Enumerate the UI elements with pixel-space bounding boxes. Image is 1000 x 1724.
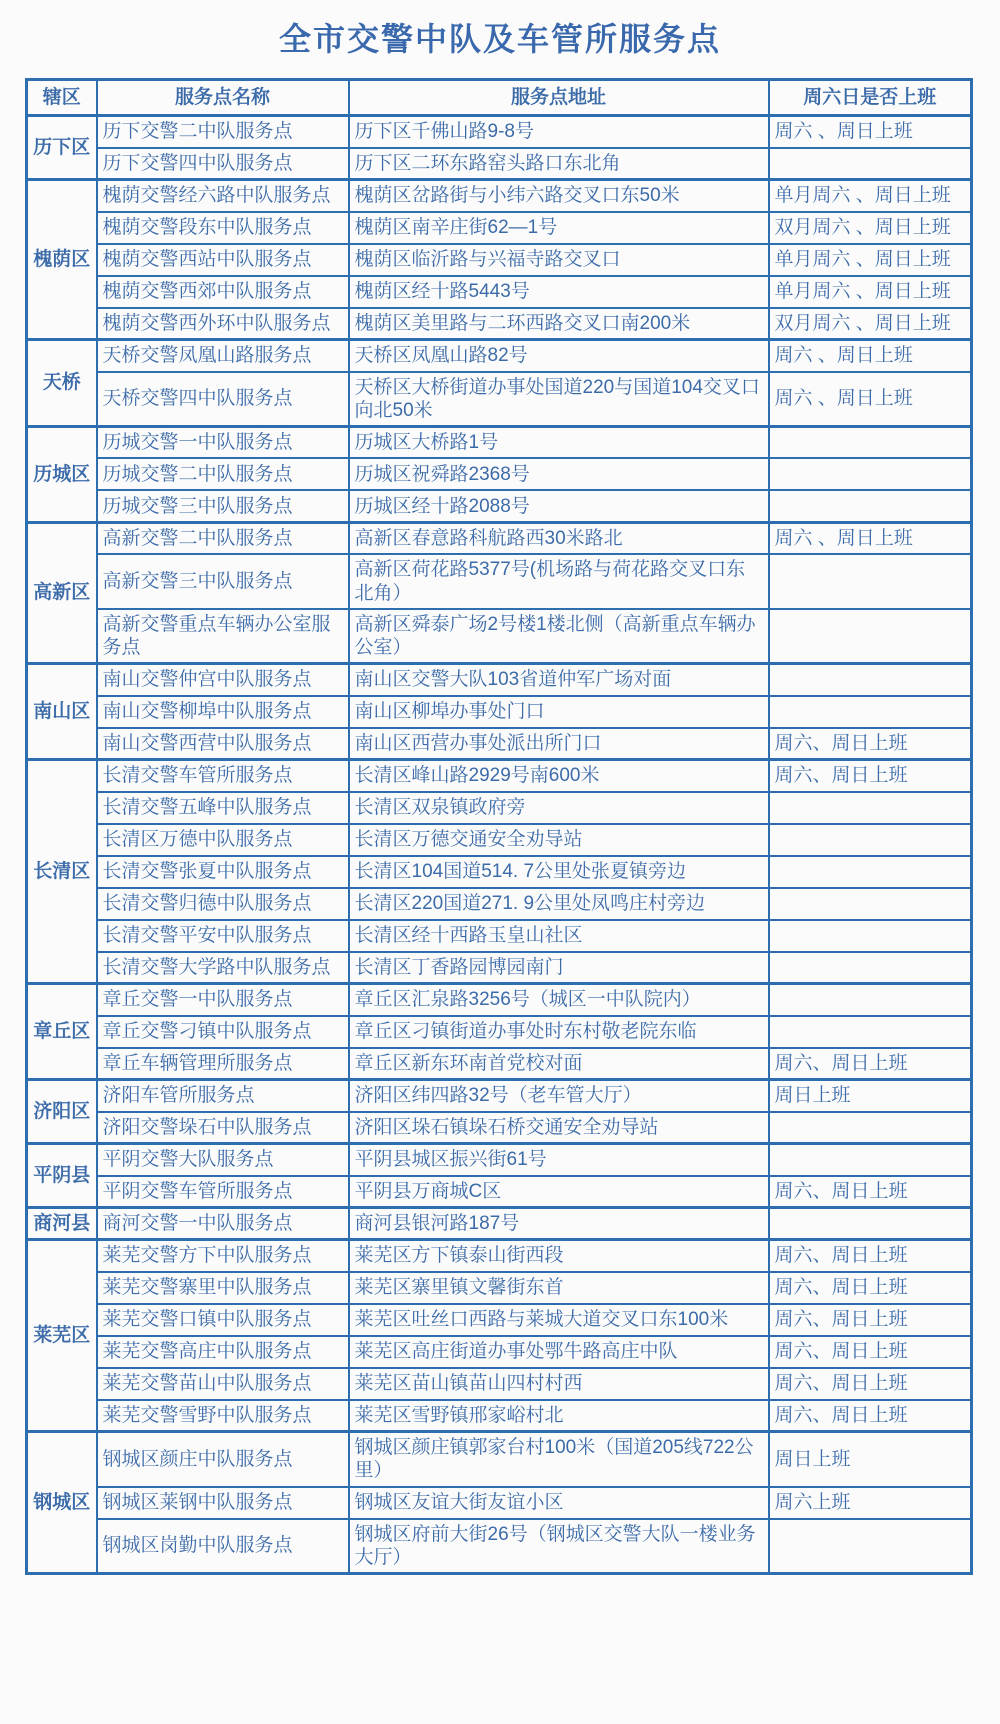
weekend-schedule-cell: 周六 、周日上班 (769, 522, 972, 554)
service-name-cell: 莱芜交警高庄中队服务点 (97, 1336, 349, 1368)
service-name-cell: 钢城区颜庄中队服务点 (97, 1432, 349, 1487)
weekend-schedule-cell (769, 554, 972, 608)
service-row: 章丘交警刁镇中队服务点章丘区刁镇街道办事处时东村敬老院东临 (27, 1016, 972, 1048)
service-name-cell: 历城交警三中队服务点 (97, 490, 349, 522)
service-address-cell: 钢城区友谊大街友谊小区 (349, 1487, 769, 1519)
service-name-cell: 钢城区岗勤中队服务点 (97, 1519, 349, 1574)
service-row: 南山交警西营中队服务点南山区西营办事处派出所门口周六、周日上班 (27, 728, 972, 760)
weekend-schedule-cell (769, 1016, 972, 1048)
service-name-cell: 长清交警五峰中队服务点 (97, 792, 349, 824)
service-name-cell: 莱芜交警寨里中队服务点 (97, 1272, 349, 1304)
weekend-schedule-cell (769, 458, 972, 490)
district-cell: 济阳区 (27, 1080, 97, 1144)
service-address-cell: 平阴县万商城C区 (349, 1176, 769, 1208)
service-address-cell: 钢城区颜庄镇郭家台村100米（国道205线722公里） (349, 1432, 769, 1487)
service-row: 钢城区岗勤中队服务点钢城区府前大街26号（钢城区交警大队一楼业务大厅） (27, 1519, 972, 1574)
service-row: 槐荫区槐荫交警经六路中队服务点槐荫区岔路街与小纬六路交叉口东50米单月周六 、周… (27, 180, 972, 212)
service-address-cell: 长清区双泉镇政府旁 (349, 792, 769, 824)
service-name-cell: 历城交警一中队服务点 (97, 426, 349, 458)
district-cell: 历城区 (27, 426, 97, 522)
district-cell: 历下区 (27, 116, 97, 180)
service-address-cell: 莱芜区吐丝口西路与莱城大道交叉口东100米 (349, 1304, 769, 1336)
weekend-schedule-cell (769, 1112, 972, 1144)
service-row: 莱芜区莱芜交警方下中队服务点莱芜区方下镇泰山街西段周六、周日上班 (27, 1240, 972, 1272)
service-name-cell: 长清交警张夏中队服务点 (97, 856, 349, 888)
header-row: 辖区 服务点名称 服务点地址 周六日是否上班 (27, 80, 972, 116)
weekend-schedule-cell (769, 490, 972, 522)
header-district: 辖区 (27, 80, 97, 116)
weekend-schedule-cell (769, 1519, 972, 1574)
service-address-cell: 莱芜区雪野镇邢家峪村北 (349, 1400, 769, 1432)
service-row: 平阴交警车管所服务点平阴县万商城C区周六、周日上班 (27, 1176, 972, 1208)
weekend-schedule-cell (769, 952, 972, 984)
district-cell: 钢城区 (27, 1432, 97, 1574)
service-name-cell: 槐荫交警西站中队服务点 (97, 244, 349, 276)
service-address-cell: 莱芜区苗山镇苗山四村村西 (349, 1368, 769, 1400)
weekend-schedule-cell (769, 696, 972, 728)
service-row: 天桥交警四中队服务点天桥区大桥街道办事处国道220与国道104交叉口向北50米周… (27, 372, 972, 427)
district-group: 商河县商河交警一中队服务点商河县银河路187号 (27, 1208, 972, 1240)
service-row: 历城交警二中队服务点历城区祝舜路2368号 (27, 458, 972, 490)
service-name-cell: 槐荫交警经六路中队服务点 (97, 180, 349, 212)
weekend-schedule-cell: 双月周六 、周日上班 (769, 308, 972, 340)
service-address-cell: 历下区千佛山路9-8号 (349, 116, 769, 148)
weekend-schedule-cell: 单月周六 、周日上班 (769, 180, 972, 212)
service-row: 历下区历下交警二中队服务点历下区千佛山路9-8号周六 、周日上班 (27, 116, 972, 148)
district-cell: 莱芜区 (27, 1240, 97, 1432)
weekend-schedule-cell: 周六、周日上班 (769, 1400, 972, 1432)
service-row: 槐荫交警段东中队服务点槐荫区南辛庄街62—1号双月周六 、周日上班 (27, 212, 972, 244)
table-header: 辖区 服务点名称 服务点地址 周六日是否上班 (27, 80, 972, 116)
service-name-cell: 长清交警车管所服务点 (97, 760, 349, 792)
weekend-schedule-cell: 周六、周日上班 (769, 1272, 972, 1304)
service-row: 章丘车辆管理所服务点章丘区新东环南首党校对面周六、周日上班 (27, 1048, 972, 1080)
weekend-schedule-cell: 周六、周日上班 (769, 1368, 972, 1400)
weekend-schedule-cell: 周六、周日上班 (769, 1336, 972, 1368)
service-address-cell: 槐荫区南辛庄街62—1号 (349, 212, 769, 244)
header-service-point-address: 服务点地址 (349, 80, 769, 116)
service-row: 长清区长清交警车管所服务点长清区峰山路2929号南600米周六、周日上班 (27, 760, 972, 792)
service-address-cell: 商河县银河路187号 (349, 1208, 769, 1240)
weekend-schedule-cell (769, 856, 972, 888)
service-address-cell: 莱芜区高庄街道办事处鄂牛路高庄中队 (349, 1336, 769, 1368)
service-row: 章丘区章丘交警一中队服务点章丘区汇泉路3256号（城区一中队院内） (27, 984, 972, 1016)
service-address-cell: 高新区春意路科航路西30米路北 (349, 522, 769, 554)
district-group: 历下区历下交警二中队服务点历下区千佛山路9-8号周六 、周日上班历下交警四中队服… (27, 116, 972, 180)
district-cell: 平阴县 (27, 1144, 97, 1208)
service-row: 莱芜交警寨里中队服务点莱芜区寨里镇文馨街东首周六、周日上班 (27, 1272, 972, 1304)
service-row: 槐荫交警西站中队服务点槐荫区临沂路与兴福寺路交叉口单月周六 、周日上班 (27, 244, 972, 276)
service-name-cell: 高新交警三中队服务点 (97, 554, 349, 608)
service-address-cell: 莱芜区方下镇泰山街西段 (349, 1240, 769, 1272)
service-name-cell: 槐荫交警段东中队服务点 (97, 212, 349, 244)
service-address-cell: 高新区舜泰广场2号楼1楼北侧（高新重点车辆办公室） (349, 609, 769, 664)
weekend-schedule-cell: 周六上班 (769, 1487, 972, 1519)
service-name-cell: 长清交警归德中队服务点 (97, 888, 349, 920)
service-row: 高新交警重点车辆办公室服务点高新区舜泰广场2号楼1楼北侧（高新重点车辆办公室） (27, 609, 972, 664)
service-name-cell: 槐荫交警西郊中队服务点 (97, 276, 349, 308)
service-name-cell: 历城交警二中队服务点 (97, 458, 349, 490)
service-row: 历下交警四中队服务点历下区二环东路窑头路口东北角 (27, 148, 972, 180)
service-address-cell: 长清区经十西路玉皇山社区 (349, 920, 769, 952)
service-address-cell: 历城区大桥路1号 (349, 426, 769, 458)
service-address-cell: 槐荫区岔路街与小纬六路交叉口东50米 (349, 180, 769, 212)
weekend-schedule-cell (769, 609, 972, 664)
weekend-schedule-cell: 周六、周日上班 (769, 1176, 972, 1208)
service-name-cell: 莱芜交警雪野中队服务点 (97, 1400, 349, 1432)
service-row: 莱芜交警高庄中队服务点莱芜区高庄街道办事处鄂牛路高庄中队周六、周日上班 (27, 1336, 972, 1368)
service-row: 长清交警平安中队服务点长清区经十西路玉皇山社区 (27, 920, 972, 952)
service-address-cell: 长清区104国道514. 7公里处张夏镇旁边 (349, 856, 769, 888)
service-row: 天桥天桥交警凤凰山路服务点天桥区凤凰山路82号周六 、周日上班 (27, 340, 972, 372)
district-group: 章丘区章丘交警一中队服务点章丘区汇泉路3256号（城区一中队院内）章丘交警刁镇中… (27, 984, 972, 1080)
weekend-schedule-cell (769, 148, 972, 180)
service-name-cell: 济阳车管所服务点 (97, 1080, 349, 1112)
service-address-cell: 历下区二环东路窑头路口东北角 (349, 148, 769, 180)
service-address-cell: 济阳区垛石镇垛石桥交通安全劝导站 (349, 1112, 769, 1144)
service-points-table: 辖区 服务点名称 服务点地址 周六日是否上班 历下区历下交警二中队服务点历下区千… (25, 78, 973, 1575)
service-address-cell: 南山区柳埠办事处门口 (349, 696, 769, 728)
service-name-cell: 章丘交警刁镇中队服务点 (97, 1016, 349, 1048)
service-name-cell: 历下交警二中队服务点 (97, 116, 349, 148)
service-name-cell: 钢城区莱钢中队服务点 (97, 1487, 349, 1519)
weekend-schedule-cell: 周日上班 (769, 1432, 972, 1487)
district-group: 高新区高新交警二中队服务点高新区春意路科航路西30米路北周六 、周日上班高新交警… (27, 522, 972, 663)
service-address-cell: 莱芜区寨里镇文馨街东首 (349, 1272, 769, 1304)
district-cell: 槐荫区 (27, 180, 97, 340)
service-name-cell: 商河交警一中队服务点 (97, 1208, 349, 1240)
service-address-cell: 章丘区刁镇街道办事处时东村敬老院东临 (349, 1016, 769, 1048)
service-row: 长清交警大学路中队服务点长清区丁香路园博园南门 (27, 952, 972, 984)
service-name-cell: 莱芜交警口镇中队服务点 (97, 1304, 349, 1336)
weekend-schedule-cell (769, 664, 972, 696)
service-name-cell: 长清区万德中队服务点 (97, 824, 349, 856)
service-row: 济阳区济阳车管所服务点济阳区纬四路32号（老车管大厅）周日上班 (27, 1080, 972, 1112)
service-address-cell: 长清区丁香路园博园南门 (349, 952, 769, 984)
service-row: 高新交警三中队服务点高新区荷花路5377号(机场路与荷花路交叉口东北角） (27, 554, 972, 608)
service-row: 莱芜交警苗山中队服务点莱芜区苗山镇苗山四村村西周六、周日上班 (27, 1368, 972, 1400)
district-group: 莱芜区莱芜交警方下中队服务点莱芜区方下镇泰山街西段周六、周日上班莱芜交警寨里中队… (27, 1240, 972, 1432)
service-row: 莱芜交警雪野中队服务点莱芜区雪野镇邢家峪村北周六、周日上班 (27, 1400, 972, 1432)
weekend-schedule-cell: 双月周六 、周日上班 (769, 212, 972, 244)
header-service-point-name: 服务点名称 (97, 80, 349, 116)
weekend-schedule-cell (769, 1144, 972, 1176)
service-name-cell: 平阴交警车管所服务点 (97, 1176, 349, 1208)
header-weekend-schedule: 周六日是否上班 (769, 80, 972, 116)
service-row: 长清交警张夏中队服务点长清区104国道514. 7公里处张夏镇旁边 (27, 856, 972, 888)
district-cell: 天桥 (27, 340, 97, 427)
service-name-cell: 莱芜交警方下中队服务点 (97, 1240, 349, 1272)
service-row: 济阳交警垛石中队服务点济阳区垛石镇垛石桥交通安全劝导站 (27, 1112, 972, 1144)
service-address-cell: 济阳区纬四路32号（老车管大厅） (349, 1080, 769, 1112)
weekend-schedule-cell: 周六 、周日上班 (769, 372, 972, 427)
district-cell: 章丘区 (27, 984, 97, 1080)
weekend-schedule-cell: 周六、周日上班 (769, 728, 972, 760)
service-row: 商河县商河交警一中队服务点商河县银河路187号 (27, 1208, 972, 1240)
service-row: 莱芜交警口镇中队服务点莱芜区吐丝口西路与莱城大道交叉口东100米周六、周日上班 (27, 1304, 972, 1336)
weekend-schedule-cell: 周六、周日上班 (769, 1048, 972, 1080)
weekend-schedule-cell (769, 792, 972, 824)
service-address-cell: 槐荫区经十路5443号 (349, 276, 769, 308)
service-row: 长清交警归德中队服务点长清区220国道271. 9公里处凤鸣庄村旁边 (27, 888, 972, 920)
service-row: 平阴县平阴交警大队服务点平阴县城区振兴街61号 (27, 1144, 972, 1176)
weekend-schedule-cell: 周六 、周日上班 (769, 116, 972, 148)
service-row: 钢城区莱钢中队服务点钢城区友谊大街友谊小区周六上班 (27, 1487, 972, 1519)
weekend-schedule-cell (769, 888, 972, 920)
service-address-cell: 历城区经十路2088号 (349, 490, 769, 522)
weekend-schedule-cell (769, 984, 972, 1016)
service-address-cell: 天桥区大桥街道办事处国道220与国道104交叉口向北50米 (349, 372, 769, 427)
weekend-schedule-cell (769, 426, 972, 458)
service-address-cell: 长清区220国道271. 9公里处凤鸣庄村旁边 (349, 888, 769, 920)
service-name-cell: 南山交警仲宫中队服务点 (97, 664, 349, 696)
district-group: 南山区南山交警仲宫中队服务点南山区交警大队103省道仲军广场对面南山交警柳埠中队… (27, 664, 972, 760)
weekend-schedule-cell: 周六、周日上班 (769, 1304, 972, 1336)
weekend-schedule-cell: 周六、周日上班 (769, 760, 972, 792)
service-name-cell: 长清交警大学路中队服务点 (97, 952, 349, 984)
service-row: 长清区万德中队服务点长清区万德交通安全劝导站 (27, 824, 972, 856)
service-name-cell: 历下交警四中队服务点 (97, 148, 349, 180)
district-cell: 高新区 (27, 522, 97, 663)
service-row: 钢城区钢城区颜庄中队服务点钢城区颜庄镇郭家台村100米（国道205线722公里）… (27, 1432, 972, 1487)
service-row: 南山交警柳埠中队服务点南山区柳埠办事处门口 (27, 696, 972, 728)
service-name-cell: 章丘车辆管理所服务点 (97, 1048, 349, 1080)
service-address-cell: 天桥区凤凰山路82号 (349, 340, 769, 372)
weekend-schedule-cell (769, 824, 972, 856)
page-title: 全市交警中队及车管所服务点 (0, 14, 1000, 60)
service-name-cell: 槐荫交警西外环中队服务点 (97, 308, 349, 340)
service-name-cell: 南山交警柳埠中队服务点 (97, 696, 349, 728)
service-name-cell: 高新交警二中队服务点 (97, 522, 349, 554)
weekend-schedule-cell: 周日上班 (769, 1080, 972, 1112)
service-address-cell: 平阴县城区振兴街61号 (349, 1144, 769, 1176)
service-row: 高新区高新交警二中队服务点高新区春意路科航路西30米路北周六 、周日上班 (27, 522, 972, 554)
service-row: 长清交警五峰中队服务点长清区双泉镇政府旁 (27, 792, 972, 824)
weekend-schedule-cell: 单月周六 、周日上班 (769, 244, 972, 276)
service-address-cell: 长清区万德交通安全劝导站 (349, 824, 769, 856)
district-group: 历城区历城交警一中队服务点历城区大桥路1号历城交警二中队服务点历城区祝舜路236… (27, 426, 972, 522)
service-name-cell: 长清交警平安中队服务点 (97, 920, 349, 952)
service-address-cell: 槐荫区美里路与二环西路交叉口南200米 (349, 308, 769, 340)
district-group: 济阳区济阳车管所服务点济阳区纬四路32号（老车管大厅）周日上班济阳交警垛石中队服… (27, 1080, 972, 1144)
service-address-cell: 章丘区汇泉路3256号（城区一中队院内） (349, 984, 769, 1016)
district-group: 平阴县平阴交警大队服务点平阴县城区振兴街61号平阴交警车管所服务点平阴县万商城C… (27, 1144, 972, 1208)
service-name-cell: 南山交警西营中队服务点 (97, 728, 349, 760)
service-address-cell: 槐荫区临沂路与兴福寺路交叉口 (349, 244, 769, 276)
district-group: 天桥天桥交警凤凰山路服务点天桥区凤凰山路82号周六 、周日上班天桥交警四中队服务… (27, 340, 972, 427)
service-name-cell: 章丘交警一中队服务点 (97, 984, 349, 1016)
district-group: 钢城区钢城区颜庄中队服务点钢城区颜庄镇郭家台村100米（国道205线722公里）… (27, 1432, 972, 1574)
service-address-cell: 钢城区府前大街26号（钢城区交警大队一楼业务大厅） (349, 1519, 769, 1574)
service-address-cell: 南山区西营办事处派出所门口 (349, 728, 769, 760)
weekend-schedule-cell (769, 920, 972, 952)
service-address-cell: 南山区交警大队103省道仲军广场对面 (349, 664, 769, 696)
weekend-schedule-cell: 单月周六 、周日上班 (769, 276, 972, 308)
weekend-schedule-cell: 周六 、周日上班 (769, 340, 972, 372)
service-address-cell: 历城区祝舜路2368号 (349, 458, 769, 490)
service-name-cell: 高新交警重点车辆办公室服务点 (97, 609, 349, 664)
service-address-cell: 章丘区新东环南首党校对面 (349, 1048, 769, 1080)
service-name-cell: 平阴交警大队服务点 (97, 1144, 349, 1176)
district-cell: 商河县 (27, 1208, 97, 1240)
weekend-schedule-cell (769, 1208, 972, 1240)
district-cell: 长清区 (27, 760, 97, 984)
district-group: 长清区长清交警车管所服务点长清区峰山路2929号南600米周六、周日上班长清交警… (27, 760, 972, 984)
service-name-cell: 天桥交警四中队服务点 (97, 372, 349, 427)
service-name-cell: 济阳交警垛石中队服务点 (97, 1112, 349, 1144)
service-name-cell: 莱芜交警苗山中队服务点 (97, 1368, 349, 1400)
district-cell: 南山区 (27, 664, 97, 760)
service-row: 南山区南山交警仲宫中队服务点南山区交警大队103省道仲军广场对面 (27, 664, 972, 696)
weekend-schedule-cell: 周六、周日上班 (769, 1240, 972, 1272)
service-name-cell: 天桥交警凤凰山路服务点 (97, 340, 349, 372)
service-row: 槐荫交警西外环中队服务点槐荫区美里路与二环西路交叉口南200米双月周六 、周日上… (27, 308, 972, 340)
page: 全市交警中队及车管所服务点 辖区 服务点名称 服务点地址 周六日是否上班 历下区… (0, 0, 1000, 1724)
service-address-cell: 高新区荷花路5377号(机场路与荷花路交叉口东北角） (349, 554, 769, 608)
service-row: 槐荫交警西郊中队服务点槐荫区经十路5443号单月周六 、周日上班 (27, 276, 972, 308)
district-group: 槐荫区槐荫交警经六路中队服务点槐荫区岔路街与小纬六路交叉口东50米单月周六 、周… (27, 180, 972, 340)
service-row: 历城区历城交警一中队服务点历城区大桥路1号 (27, 426, 972, 458)
service-address-cell: 长清区峰山路2929号南600米 (349, 760, 769, 792)
service-row: 历城交警三中队服务点历城区经十路2088号 (27, 490, 972, 522)
